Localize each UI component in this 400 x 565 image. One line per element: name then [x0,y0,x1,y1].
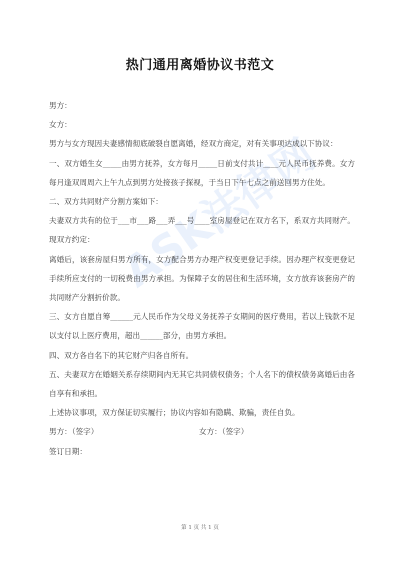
clause-2-agreement: 离婚后，该套房屋归男方所有，女方配合男方办理产权变更登记手续。因办理产权变更登记… [49,250,355,308]
guarantee-paragraph: 上述协议事项，双方保证切实履行；协议内容如有隐瞒、欺骗，责任自负。 [49,403,355,422]
clause-2-property: 夫妻双方共有的位于___市___路___弄___号____室房屋登记在双方名下，… [49,211,355,249]
clause-1-child-custody: 一、双方婚生女_____由男方抚养，女方每月_____日前支付共计____元人民… [49,154,355,192]
document-page: ASK法律网 热门通用离婚协议书范文 男方： 女方： 男方与女方现因夫妻感情彻底… [0,0,400,565]
party-male: 男方： [49,96,355,115]
clause-5-debts: 五、夫妻双方在婚姻关系存续期间内无其它共同债权债务；个人名下的债权债务离婚后由各… [49,365,355,403]
document-title: 热门通用离婚协议书范文 [0,54,400,73]
clause-4-assets: 四、双方各自名下的其它财产归各自所有。 [49,346,355,365]
clause-3-medical: 三、女方自愿自筹______元人民币作为父母义务抚养子女期间的医疗费用，若以上钱… [49,307,355,345]
intro-paragraph: 男方与女方现因夫妻感情彻底破裂自愿离婚，经双方商定，对有关事项达成以下协议： [49,134,355,153]
signature-row: 男方：（签字） 女方：（签字） [49,422,355,441]
page-number: 第 1 页 共 1 页 [0,523,400,531]
party-female: 女方： [49,115,355,134]
clause-2-heading: 二、双方共同财产分割方案如下： [49,192,355,211]
female-signature: 女方：（签字） [199,422,248,441]
sign-date: 签订日期： [49,442,355,461]
document-body: 男方： 女方： 男方与女方现因夫妻感情彻底破裂自愿离婚，经双方商定，对有关事项达… [49,96,355,461]
male-signature: 男方：（签字） [49,422,199,441]
